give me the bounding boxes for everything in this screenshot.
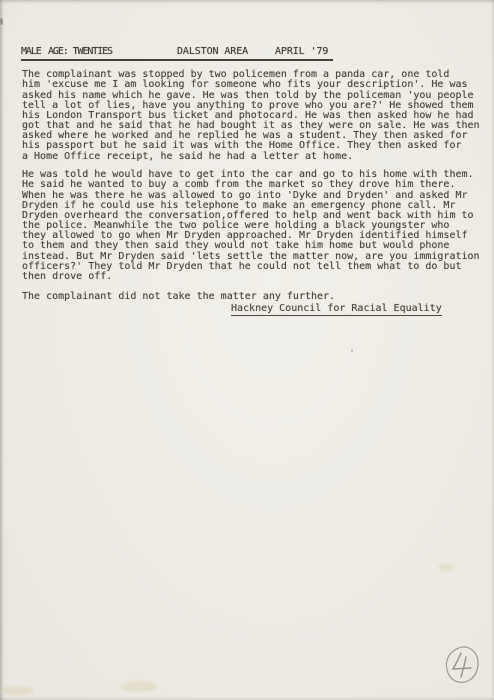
header-date: APRIL '79 [275,46,328,58]
scan-speck [0,18,3,25]
scan-speck [351,349,353,352]
header-area: DALSTON AREA [177,46,248,58]
digit-4-stroke-1 [453,653,471,669]
handwritten-page-number-circle: 4 [438,640,488,692]
case-header: MALE AGE: TWENTIES DALSTON AREA APRIL '7… [21,46,333,61]
header-age: AGE: TWENTIES [48,46,112,58]
paragraph-1: The complainant was stopped by two polic… [22,70,480,161]
digit-4-stroke-2 [461,657,466,677]
paper-stain [120,681,158,692]
paragraph-3: The complainant did not take the matter … [22,292,335,302]
document-page: MALE AGE: TWENTIES DALSTON AREA APRIL '7… [0,0,494,700]
pencil-circle [446,647,478,682]
paper-stain [0,686,34,695]
paper-stain [438,563,454,572]
signature-line: Hackney Council for Racial Equality [231,303,442,316]
paragraph-2: He was told he would have to get into th… [22,170,480,282]
header-subject: MALE [21,46,41,58]
